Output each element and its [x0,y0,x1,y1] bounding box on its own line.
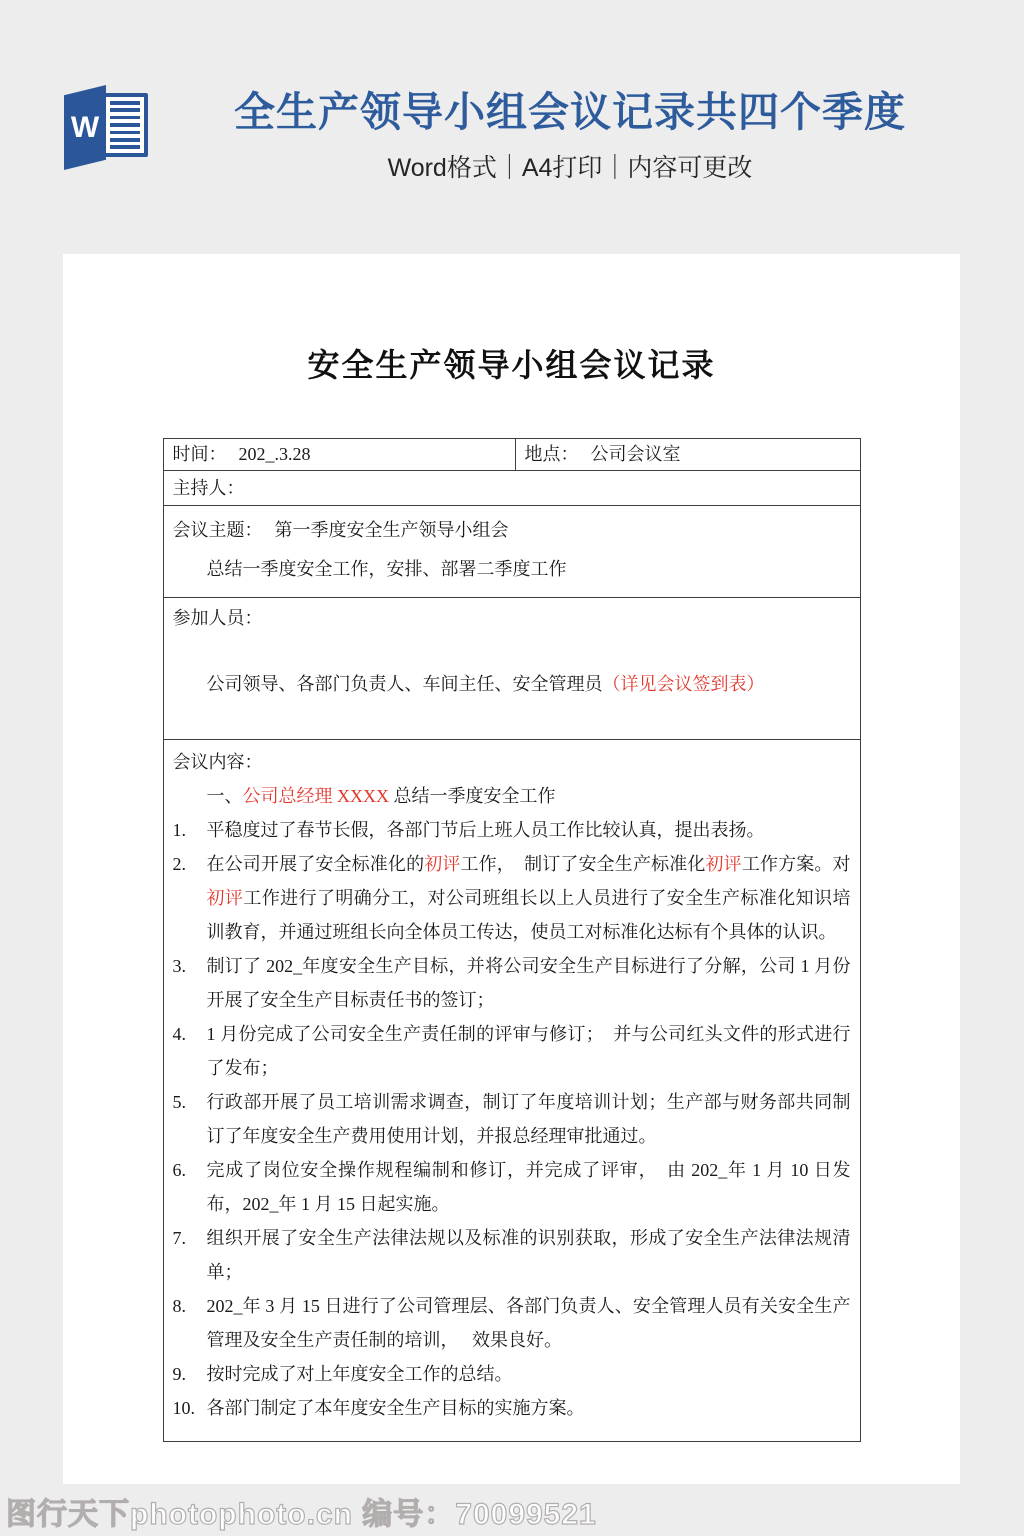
content-list-item: 9.按时完成了对上年度安全工作的总结。 [173,1357,851,1391]
content-list-item: 6.完成了岗位安全操作规程编制和修订，并完成了评审， 由 202_年 1 月 1… [173,1153,851,1221]
time-label: 时间： [173,444,227,464]
item-number: 1. [173,813,187,847]
text-segment: 按时完成了对上年度安全工作的总结。 [207,1364,513,1384]
place-label: 地点： [525,444,579,464]
time-value: 202_.3.28 [239,444,311,464]
highlighted-text: 初评 [706,854,742,874]
word-icon-line [110,123,140,127]
word-icon-line [110,145,140,149]
document-page: 安全生产领导小组会议记录 时间：202_.3.28 地点：公司会议室 主持人： … [63,254,960,1484]
topic-value: 第一季度安全生产领导小组会 [275,520,509,540]
item-number: 8. [173,1289,187,1323]
item-text: 各部门制定了本年度安全生产目标的实施方案。 [207,1398,585,1418]
item-number: 3. [173,949,187,983]
item-number: 4. [173,1017,187,1051]
cell-time: 时间：202_.3.28 [164,439,516,470]
table-row-topic: 会议主题：第一季度安全生产领导小组会 总结一季度安全工作，安排、部署二季度工作 [164,505,860,597]
text-segment: 202_年 3 月 15 日进行了公司管理层、各部门负责人、安全管理人员有关安全… [207,1296,851,1350]
content-list-item: 3.制订了 202_年度安全生产目标，并将公司安全生产目标进行了分解，公司 1 … [173,949,851,1017]
item-number: 6. [173,1153,187,1187]
text-segment: 在公司开展了安全标准化的 [207,854,425,874]
item-text: 制订了 202_年度安全生产目标，并将公司安全生产目标进行了分解，公司 1 月份… [207,956,851,1010]
content-list-item: 7.组织开展了安全生产法律法规以及标准的识别获取，形成了安全生产法律法规清单； [173,1221,851,1289]
table-row-participants: 参加人员： 公司领导、各部门负责人、车间主任、安全管理员（详见会议签到表） [164,597,860,739]
item-text: 完成了岗位安全操作规程编制和修订，并完成了评审， 由 202_年 1 月 10 … [207,1160,851,1214]
highlighted-text: 初评 [424,854,460,874]
meeting-info-table: 时间：202_.3.28 地点：公司会议室 主持人： 会议主题：第一季度安全生产… [163,438,861,1442]
table-row-content: 会议内容： 一、公司总经理 XXXX 总结一季度安全工作 1.平稳度过了春节长假… [164,739,860,1441]
text-segment: 工作， 制订了安全生产标准化 [461,854,706,874]
participants-value: 公司领导、各部门负责人、车间主任、安全管理员（详见会议签到表） [173,667,851,701]
header-text: 全生产领导小组会议记录共四个季度 Word格式｜A4打印｜内容可更改 [168,88,972,184]
item-number: 2. [173,847,187,881]
item-text: 行政部开展了员工培训需求调查，制订了年度培训计划；生产部与财务部共同制订了年度安… [207,1092,851,1146]
item-text: 202_年 3 月 15 日进行了公司管理层、各部门负责人、安全管理人员有关安全… [207,1296,851,1350]
item-number: 7. [173,1221,187,1255]
item-number: 10. [173,1391,196,1425]
item-text: 按时完成了对上年度安全工作的总结。 [207,1364,513,1384]
word-icon-line [110,116,140,120]
item-text: 平稳度过了春节长假，各部门节后上班人员工作比较认真，提出表扬。 [207,820,765,840]
text-segment: 工作方案。对 [742,854,851,874]
table-row-host: 主持人： [164,470,860,505]
word-icon-letter: W [64,85,106,170]
table-row-time-place: 时间：202_.3.28 地点：公司会议室 [164,439,860,470]
template-title: 全生产领导小组会议记录共四个季度 [168,88,972,136]
item-number: 5. [173,1085,187,1119]
highlighted-text: 公司总经理 XXXX [243,786,394,806]
word-icon-line [110,131,140,135]
participants-label: 参加人员： [173,601,851,635]
word-icon-page [102,93,148,157]
content-list-item: 4.1 月份完成了公司安全生产责任制的评审与修订； 并与公司红头文件的形式进行了… [173,1017,851,1085]
item-number: 9. [173,1357,187,1391]
text-segment: 工作进行了明确分工，对公司班组长以上人员进行了安全生产标准化知识培训教育，并通过… [207,888,851,942]
word-icon-line [110,108,140,112]
document-title: 安全生产领导小组会议记录 [63,340,960,386]
watermark-text: 图行天下photophoto.cn 编号：70099521 [6,1489,597,1533]
host-label: 主持人： [173,478,245,498]
text-segment: 总结一季度安全工作 [394,786,556,806]
text-segment: 行政部开展了员工培训需求调查，制订了年度培训计划；生产部与财务部共同制订了年度安… [207,1092,851,1146]
topic-line1: 会议主题：第一季度安全生产领导小组会 [173,511,851,550]
item-text: 在公司开展了安全标准化的初评工作， 制订了安全生产标准化初评工作方案。对初评工作… [207,854,851,942]
text-segment: 制订了 202_年度安全生产目标，并将公司安全生产目标进行了分解，公司 1 月份… [207,956,851,1010]
text-segment: 1 月份完成了公司安全生产责任制的评审与修订； 并与公司红头文件的形式进行了发布… [207,1024,851,1078]
highlighted-text: （详见会议签到表） [603,674,765,694]
text-segment: 各部门制定了本年度安全生产目标的实施方案。 [207,1398,585,1418]
content-list: 1.平稳度过了春节长假，各部门节后上班人员工作比较认真，提出表扬。2.在公司开展… [173,813,851,1425]
word-icon-line [110,101,140,105]
text-segment: 完成了岗位安全操作规程编制和修订，并完成了评审， 由 202_年 1 月 10 … [207,1160,851,1214]
content-list-item: 10.各部门制定了本年度安全生产目标的实施方案。 [173,1391,851,1425]
content-list-item: 2.在公司开展了安全标准化的初评工作， 制订了安全生产标准化初评工作方案。对初评… [173,847,851,949]
site-header: W 全生产领导小组会议记录共四个季度 Word格式｜A4打印｜内容可更改 [0,0,1024,254]
word-letter: W [71,111,99,145]
content-list-item: 5.行政部开展了员工培训需求调查，制订了年度培训计划；生产部与财务部共同制订了年… [173,1085,851,1153]
text-segment: 公司领导、各部门负责人、车间主任、安全管理员 [207,674,603,694]
item-text: 组织开展了安全生产法律法规以及标准的识别获取，形成了安全生产法律法规清单； [207,1228,851,1282]
item-text: 1 月份完成了公司安全生产责任制的评审与修订； 并与公司红头文件的形式进行了发布… [207,1024,851,1078]
place-value: 公司会议室 [591,444,681,464]
highlighted-text: 初评 [207,888,244,908]
text-segment: 一、 [207,786,243,806]
text-segment: 组织开展了安全生产法律法规以及标准的识别获取，形成了安全生产法律法规清单； [207,1228,851,1282]
content-list-item: 1.平稳度过了春节长假，各部门节后上班人员工作比较认真，提出表扬。 [173,813,851,847]
content-label: 会议内容： [173,745,851,779]
topic-line2: 总结一季度安全工作，安排、部署二季度工作 [173,550,851,589]
section-heading: 一、公司总经理 XXXX 总结一季度安全工作 [173,779,851,813]
cell-place: 地点：公司会议室 [516,439,860,470]
word-icon-line [110,138,140,142]
word-document-icon: W [64,85,154,170]
text-segment: 平稳度过了春节长假，各部门节后上班人员工作比较认真，提出表扬。 [207,820,765,840]
topic-label: 会议主题： [173,520,263,540]
template-subtitle: Word格式｜A4打印｜内容可更改 [168,148,972,184]
content-list-item: 8.202_年 3 月 15 日进行了公司管理层、各部门负责人、安全管理人员有关… [173,1289,851,1357]
